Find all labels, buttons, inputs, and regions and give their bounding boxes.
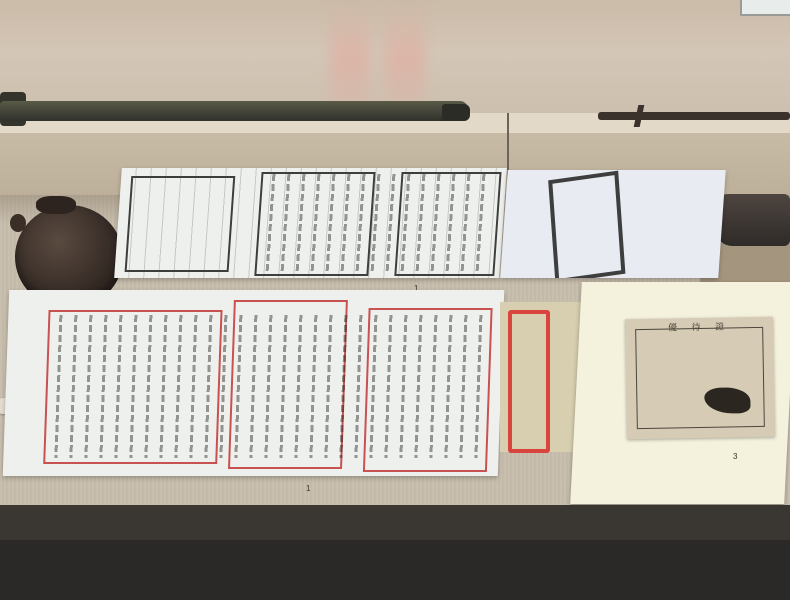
leather-pouch xyxy=(716,194,790,246)
handwriting xyxy=(260,174,497,272)
sword-scabbard xyxy=(0,101,468,121)
certificate-border xyxy=(635,327,765,429)
light-reflection xyxy=(385,0,425,115)
handwriting xyxy=(48,315,483,458)
case-base xyxy=(0,540,790,600)
label-num-3: 3 xyxy=(733,452,737,461)
letter-upper xyxy=(114,168,507,278)
light-reflection xyxy=(330,0,370,115)
letter-lower xyxy=(3,290,504,476)
grenade-neck xyxy=(36,196,76,214)
corner-frame xyxy=(740,0,790,16)
scabbard-tip xyxy=(442,104,470,121)
envelope-upper xyxy=(500,170,726,278)
label-num-lower: 1 xyxy=(306,484,310,493)
bayonet xyxy=(598,112,790,120)
envelope-address-box xyxy=(548,171,625,278)
page-border xyxy=(125,176,236,272)
certificate: 優 待 證 xyxy=(625,317,775,440)
museum-display-photo: 2 1 1 優 待 證 3 xyxy=(0,0,790,600)
envelope-red-frame xyxy=(508,310,550,453)
case-front-panel xyxy=(0,505,790,540)
